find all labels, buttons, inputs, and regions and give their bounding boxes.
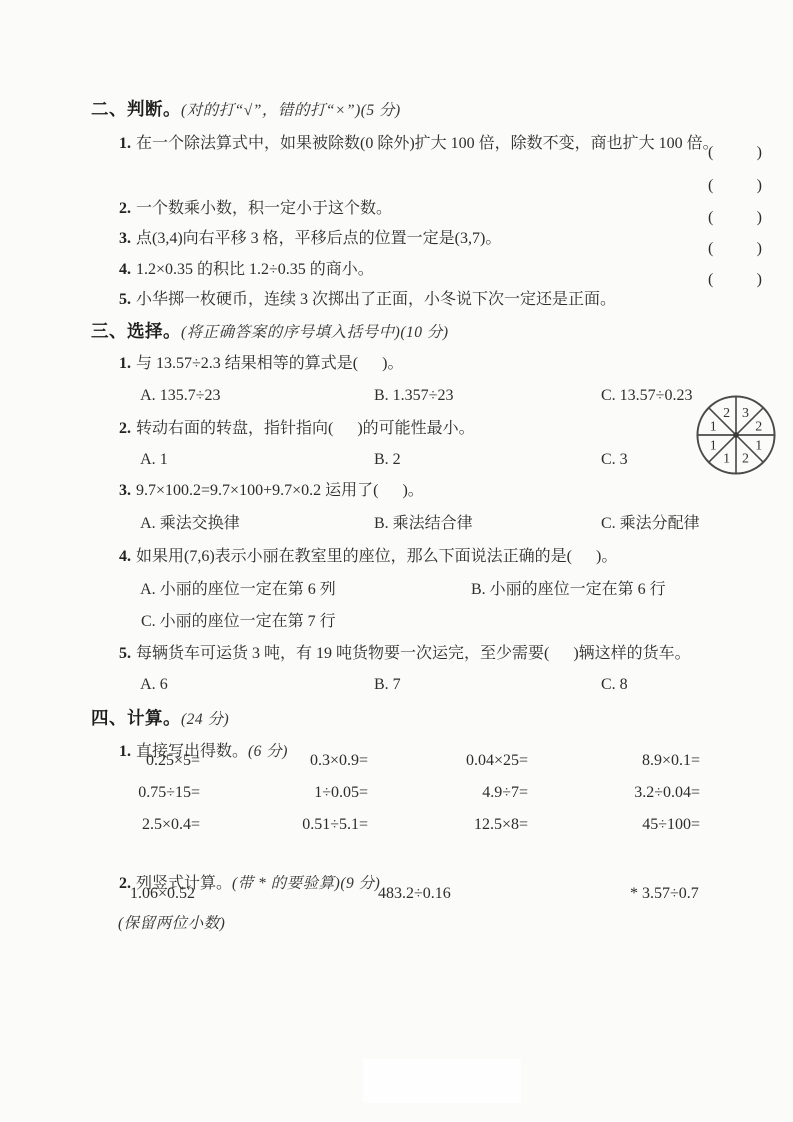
- mental-math-item: 4.9÷7=: [412, 784, 528, 802]
- mental-math-item: 0.25×5=: [90, 752, 200, 770]
- question-text: 转动右面的转盘，指针指向( )的可能性最小。: [136, 420, 475, 437]
- spinner-sector-value: 2: [723, 406, 730, 421]
- bracket-open: (: [708, 240, 713, 258]
- choice-5-option-c: C.8: [585, 653, 628, 716]
- mental-math-item: 45÷100=: [575, 816, 700, 834]
- bracket-open: (: [708, 209, 713, 227]
- column-calc-problem-3: * 3.57÷0.7: [630, 883, 699, 904]
- bracket-open: (: [708, 144, 713, 162]
- bracket-open: (: [708, 271, 713, 289]
- bracket-close: ): [757, 177, 762, 195]
- option-text: 小丽的座位一定在第 6 行: [490, 581, 666, 598]
- bracket-close: ): [757, 144, 762, 162]
- choice-2-option-c: C.3: [585, 428, 628, 491]
- answer-bracket-2: (): [708, 177, 762, 195]
- option-text: 8: [620, 676, 628, 693]
- column-calc-problem-2: 483.2÷0.16: [378, 883, 451, 904]
- answer-bracket-4: (): [708, 240, 762, 258]
- spinner-wheel: 3 2 1 2 1 1 1 2: [694, 394, 778, 476]
- answer-bracket-5: (): [708, 271, 762, 289]
- spinner-sector-value: 1: [723, 452, 730, 467]
- choice-1-option-c: C.13.57÷0.23: [585, 364, 692, 427]
- option-label: C.: [601, 676, 616, 693]
- choice-5-option-b: B.7: [358, 653, 401, 716]
- bracket-close: ): [757, 209, 762, 227]
- option-text: 乘法分配律: [620, 515, 700, 532]
- bracket-open: (: [708, 177, 713, 195]
- spinner-sector-value: 2: [742, 452, 749, 467]
- option-label: C.: [601, 387, 616, 404]
- answer-bracket-1: (): [708, 144, 762, 162]
- sub-question-hint: (带 * 的要验算)(9 分): [232, 875, 380, 892]
- spinner-sector-value: 1: [710, 419, 717, 434]
- option-text: 3: [620, 451, 628, 468]
- rounding-note: (保留两位小数): [118, 913, 225, 934]
- mental-math-item: 8.9×0.1=: [575, 752, 700, 770]
- mental-math-item: 12.5×8=: [412, 816, 528, 834]
- spinner-center-dot: [733, 432, 739, 438]
- scan-artifact-patch: [363, 1059, 521, 1103]
- spinner-sector-value: 3: [742, 406, 749, 421]
- spinner-wheel-svg: 3 2 1 2 1 1 1 2: [694, 394, 778, 476]
- spinner-sector-value: 2: [755, 419, 762, 434]
- question-text: 在一个除法算式中，如果被除数(0 除外)扩大 100 倍，除数不变，商也扩大 1…: [136, 135, 719, 152]
- option-label: B.: [471, 581, 486, 598]
- column-calc-problem-1: 1.06×0.52: [130, 883, 195, 904]
- option-label: C.: [601, 451, 616, 468]
- test-paper-page: 二、判断。(对的打“√”，错的打“×”)(5 分) 1.在一个除法算式中，如果被…: [0, 0, 793, 1122]
- answer-bracket-3: (): [708, 209, 762, 227]
- mental-math-item: 0.3×0.9=: [250, 752, 368, 770]
- mental-math-item: 0.51÷5.1=: [250, 816, 368, 834]
- mental-math-item: 0.75÷15=: [90, 784, 200, 802]
- bracket-close: ): [757, 271, 762, 289]
- choice-4-option-b: B.小丽的座位一定在第 6 行: [455, 558, 666, 621]
- option-label: B.: [374, 676, 389, 693]
- mental-math-item: 2.5×0.4=: [90, 816, 200, 834]
- spinner-sector-value: 1: [710, 438, 717, 453]
- judgment-question-1: 1.在一个除法算式中，如果被除数(0 除外)扩大 100 倍，除数不变，商也扩大…: [103, 112, 719, 175]
- option-text: 13.57÷0.23: [620, 387, 693, 404]
- spinner-sector-value: 1: [755, 438, 762, 453]
- mental-math-item: 3.2÷0.04=: [575, 784, 700, 802]
- mental-math-item: 1÷0.05=: [250, 784, 368, 802]
- option-text: 7: [393, 676, 401, 693]
- mental-math-item: 0.04×25=: [412, 752, 528, 770]
- bracket-close: ): [757, 240, 762, 258]
- question-number: 1.: [119, 135, 131, 152]
